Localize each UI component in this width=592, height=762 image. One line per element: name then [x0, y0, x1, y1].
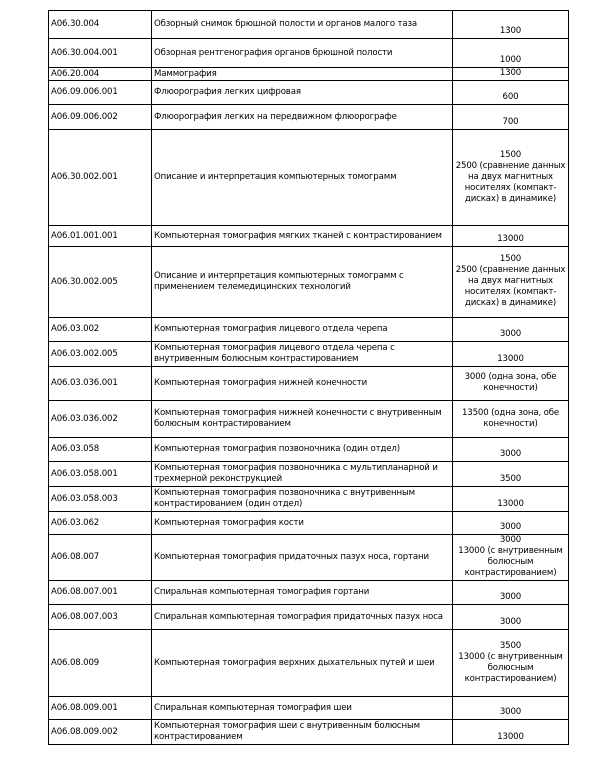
price-value: 3500	[455, 474, 566, 485]
price-value: 3000	[455, 449, 566, 460]
price-cell: 1300	[453, 68, 569, 81]
table-row: A06.03.058Компьютерная томография позвон…	[49, 438, 569, 462]
price-value: 13000	[455, 234, 566, 245]
service-code-cell: A06.08.007.003	[49, 605, 152, 630]
price-cell: 350013000 (с внутривенным болюсным контр…	[453, 630, 569, 697]
price-value: 3000	[455, 329, 566, 340]
table-row: A06.03.002Компьютерная томография лицево…	[49, 318, 569, 342]
price-value: 3000	[455, 522, 566, 533]
service-name-cell: Компьютерная томография нижней конечност…	[152, 401, 453, 438]
price-cell: 13500 (одна зона, обе конечности)	[453, 401, 569, 438]
price-cell: 15002500 (сравнение данных на двух магни…	[453, 130, 569, 226]
price-cell: 13000	[453, 342, 569, 367]
service-name-cell: Компьютерная томография верхних дыхатель…	[152, 630, 453, 697]
table-row: A06.03.058.003Компьютерная томография по…	[49, 487, 569, 512]
service-code-cell: A06.03.036.001	[49, 367, 152, 401]
service-name-cell: Флюорография легких на передвижном флюор…	[152, 105, 453, 130]
price-cell: 13000	[453, 487, 569, 512]
service-code-cell: A06.08.009.001	[49, 697, 152, 720]
price-cell: 3000	[453, 605, 569, 630]
table-row: A06.03.062Компьютерная томография кости3…	[49, 512, 569, 535]
price-value: 3000	[455, 707, 566, 718]
price-cell: 300013000 (с внутривенным болюсным контр…	[453, 535, 569, 581]
service-name-cell: Компьютерная томография лицевого отдела …	[152, 342, 453, 367]
price-value: 1000	[455, 55, 566, 66]
service-name-cell: Компьютерная томография мягких тканей с …	[152, 226, 453, 247]
service-code-cell: A06.03.036.002	[49, 401, 152, 438]
price-cell: 15002500 (сравнение данных на двух магни…	[453, 247, 569, 318]
service-name-cell: Обзорная рентгенография органов брюшной …	[152, 39, 453, 68]
table-row: A06.08.007.003Спиральная компьютерная то…	[49, 605, 569, 630]
service-code-cell: A06.08.007	[49, 535, 152, 581]
price-cell: 3000 (одна зона, обе конечности)	[453, 367, 569, 401]
service-name-cell: Описание и интерпретация компьютерных то…	[152, 130, 453, 226]
price-value: 1300	[455, 68, 566, 79]
service-name-cell: Компьютерная томография кости	[152, 512, 453, 535]
service-code-cell: A06.09.006.002	[49, 105, 152, 130]
table-row: A06.30.002.001Описание и интерпретация к…	[49, 130, 569, 226]
table-row: A06.08.009.001Спиральная компьютерная то…	[49, 697, 569, 720]
price-value: 3000	[455, 535, 566, 546]
service-code-cell: A06.30.004	[49, 11, 152, 39]
table-row: A06.03.036.002Компьютерная томография ни…	[49, 401, 569, 438]
price-cell: 3000	[453, 697, 569, 720]
table-row: A06.30.004Обзорный снимок брюшной полост…	[49, 11, 569, 39]
price-value: 2500 (сравнение данных на двух магнитных…	[455, 265, 566, 309]
price-list-table: A06.30.004Обзорный снимок брюшной полост…	[48, 10, 569, 745]
price-cell: 3000	[453, 438, 569, 462]
table-row: A06.08.007.001Спиральная компьютерная то…	[49, 581, 569, 605]
price-cell: 13000	[453, 720, 569, 745]
service-code-cell: A06.08.009.002	[49, 720, 152, 745]
price-cell: 3500	[453, 462, 569, 487]
price-cell: 1000	[453, 39, 569, 68]
service-name-cell: Флюорография легких цифровая	[152, 81, 453, 105]
service-code-cell: A06.08.007.001	[49, 581, 152, 605]
table-row: A06.30.002.005Описание и интерпретация к…	[49, 247, 569, 318]
price-cell: 3000	[453, 512, 569, 535]
service-name-cell: Компьютерная томография позвоночника с м…	[152, 462, 453, 487]
table-row: A06.08.009Компьютерная томография верхни…	[49, 630, 569, 697]
price-cell: 600	[453, 81, 569, 105]
price-cell: 3000	[453, 581, 569, 605]
service-code-cell: A06.03.058.003	[49, 487, 152, 512]
price-value: 1500	[455, 150, 566, 161]
price-value: 1500	[455, 254, 566, 265]
service-name-cell: Спиральная компьютерная томография горта…	[152, 581, 453, 605]
table-row: A06.03.036.001Компьютерная томография ни…	[49, 367, 569, 401]
price-cell: 700	[453, 105, 569, 130]
service-name-cell: Компьютерная томография шеи с внутривенн…	[152, 720, 453, 745]
table-row: A06.03.002.005Компьютерная томография ли…	[49, 342, 569, 367]
service-name-cell: Компьютерная томография лицевого отдела …	[152, 318, 453, 342]
service-name-cell: Компьютерная томография придаточных пазу…	[152, 535, 453, 581]
service-code-cell: A06.03.062	[49, 512, 152, 535]
price-value: 13500 (одна зона, обе конечности)	[455, 408, 566, 430]
table-row: A06.08.007Компьютерная томография придат…	[49, 535, 569, 581]
service-name-cell: Обзорный снимок брюшной полости и органо…	[152, 11, 453, 39]
price-value: 2500 (сравнение данных на двух магнитных…	[455, 161, 566, 205]
price-value: 3000	[455, 617, 566, 628]
price-value: 600	[455, 92, 566, 103]
table-row: A06.30.004.001Обзорная рентгенография ор…	[49, 39, 569, 68]
table-row: A06.08.009.002Компьютерная томография ше…	[49, 720, 569, 745]
service-code-cell: A06.01.001.001	[49, 226, 152, 247]
service-name-cell: Маммография	[152, 68, 453, 81]
service-code-cell: A06.20.004	[49, 68, 152, 81]
price-value: 1300	[455, 26, 566, 37]
price-value: 700	[455, 117, 566, 128]
price-value: 13000	[455, 732, 566, 743]
service-name-cell: Спиральная компьютерная томография прида…	[152, 605, 453, 630]
price-value: 13000 (с внутривенным болюсным контрасти…	[455, 652, 566, 685]
service-code-cell: A06.03.002	[49, 318, 152, 342]
service-code-cell: A06.03.058	[49, 438, 152, 462]
service-code-cell: A06.08.009	[49, 630, 152, 697]
service-name-cell: Описание и интерпретация компьютерных то…	[152, 247, 453, 318]
service-code-cell: A06.09.006.001	[49, 81, 152, 105]
price-cell: 1300	[453, 11, 569, 39]
price-value: 3000	[455, 592, 566, 603]
table-row: A06.09.006.002Флюорография легких на пер…	[49, 105, 569, 130]
service-name-cell: Спиральная компьютерная томография шеи	[152, 697, 453, 720]
table-row: A06.03.058.001Компьютерная томография по…	[49, 462, 569, 487]
price-cell: 3000	[453, 318, 569, 342]
price-value: 13000 (с внутривенным болюсным контрасти…	[455, 546, 566, 579]
price-value: 3000 (одна зона, обе конечности)	[455, 372, 566, 394]
price-value: 3500	[455, 641, 566, 652]
table-row: A06.20.004Маммография1300	[49, 68, 569, 81]
service-code-cell: A06.03.058.001	[49, 462, 152, 487]
price-value: 13000	[455, 499, 566, 510]
price-cell: 13000	[453, 226, 569, 247]
service-name-cell: Компьютерная томография нижней конечност…	[152, 367, 453, 401]
price-list-body: A06.30.004Обзорный снимок брюшной полост…	[49, 11, 569, 745]
service-name-cell: Компьютерная томография позвоночника (од…	[152, 438, 453, 462]
service-code-cell: A06.30.004.001	[49, 39, 152, 68]
price-value: 13000	[455, 354, 566, 365]
service-name-cell: Компьютерная томография позвоночника с в…	[152, 487, 453, 512]
table-row: A06.01.001.001Компьютерная томография мя…	[49, 226, 569, 247]
service-code-cell: A06.30.002.005	[49, 247, 152, 318]
service-code-cell: A06.30.002.001	[49, 130, 152, 226]
service-code-cell: A06.03.002.005	[49, 342, 152, 367]
table-row: A06.09.006.001Флюорография легких цифров…	[49, 81, 569, 105]
